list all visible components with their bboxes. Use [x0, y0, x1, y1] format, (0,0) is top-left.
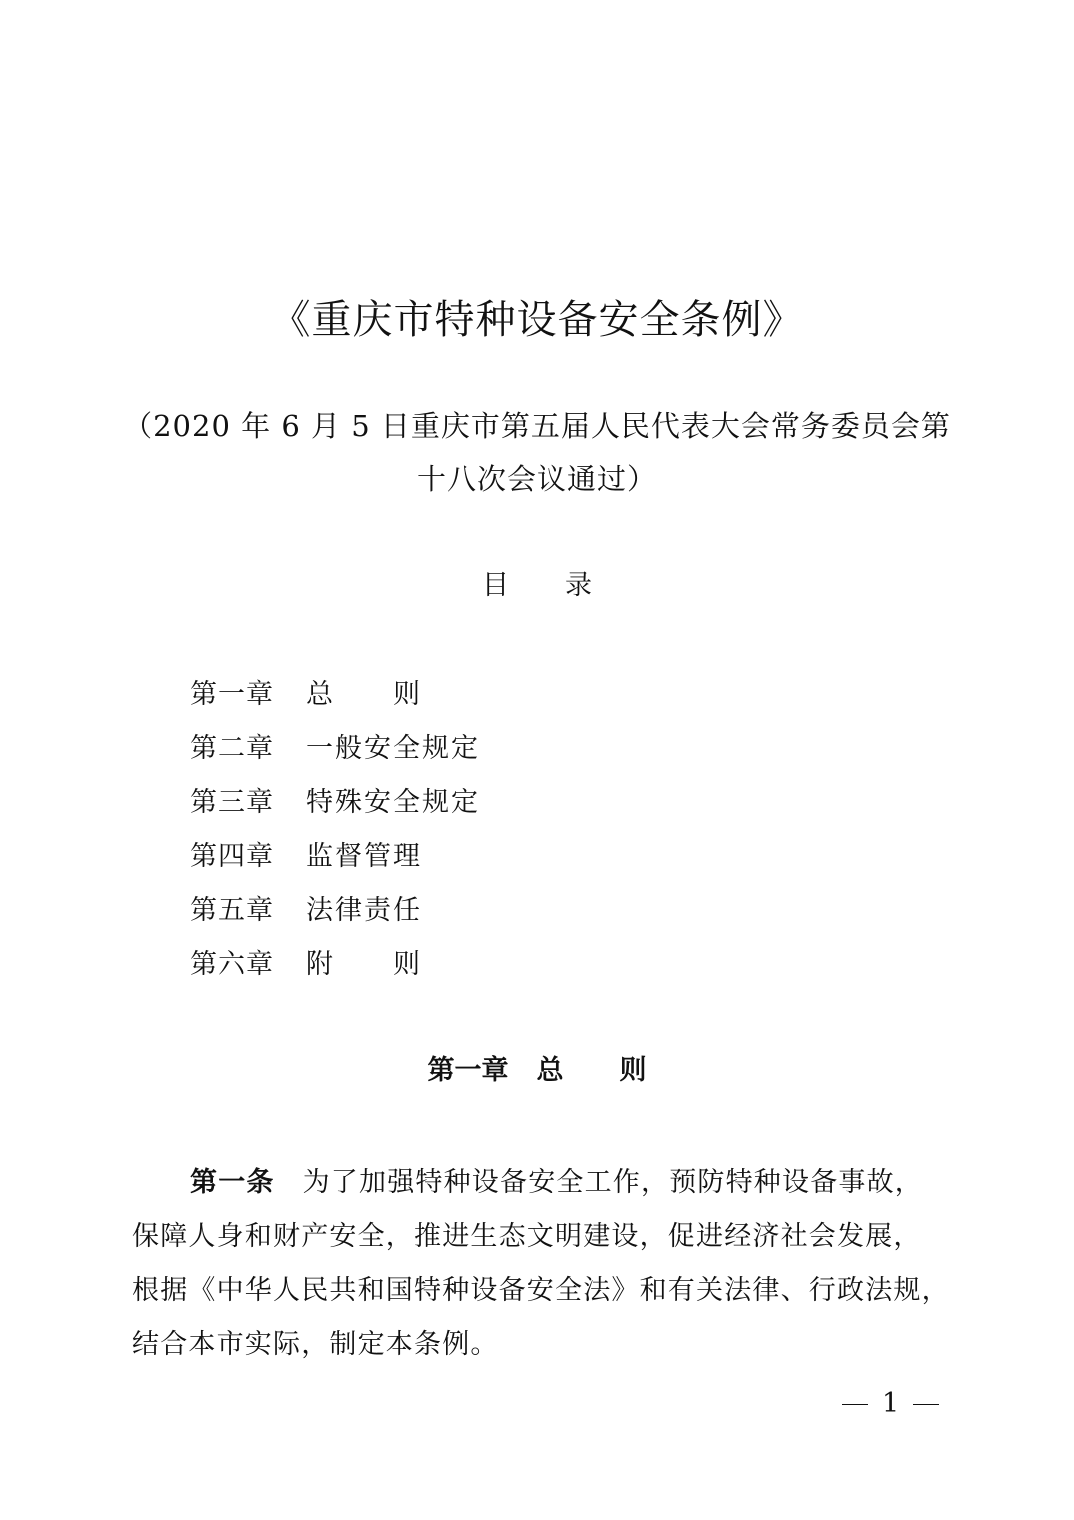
toc-item-number: 第四章 — [190, 836, 306, 890]
article-text: 为了加强特种设备安全工作，预防特种设备事故， — [303, 1167, 923, 1198]
toc-item: 第六章 附 则 — [190, 944, 480, 998]
toc-heading-left: 目 — [482, 566, 509, 606]
dash-left — [842, 1404, 868, 1406]
toc-item: 第四章 监督管理 — [190, 836, 480, 890]
article-line: 结合本市实际，制定本条例。 — [132, 1318, 942, 1372]
toc-heading: 目录 — [0, 566, 1074, 606]
toc-item-number: 第二章 — [190, 728, 306, 782]
article-line: 根据《中华人民共和国特种设备安全法》和有关法律、行政法规， — [132, 1264, 942, 1318]
adoption-note-line-2: 十八次会议通过） — [0, 457, 1074, 501]
chapter-number: 第一章 — [428, 1055, 509, 1086]
toc-item: 第三章 特殊安全规定 — [190, 782, 480, 836]
chapter-name-part2: 则 — [620, 1055, 647, 1086]
page-number: 1 — [828, 1386, 953, 1422]
toc-item-number: 第三章 — [190, 782, 306, 836]
toc-item-name: 特殊安全规定 — [306, 782, 480, 836]
toc-item-number: 第一章 — [190, 674, 306, 728]
article-paragraph: 第一条为了加强特种设备安全工作，预防特种设备事故， 保障人身和财产安全，推进生态… — [132, 1156, 942, 1372]
article-line: 第一条为了加强特种设备安全工作，预防特种设备事故， — [132, 1156, 942, 1210]
dash-right — [913, 1404, 939, 1406]
chapter-name-part1: 总 — [537, 1055, 564, 1086]
toc-item-name: 附 则 — [306, 944, 422, 998]
toc-item-name: 总 则 — [306, 674, 422, 728]
article-label: 第一条 — [190, 1167, 275, 1198]
toc-item-name: 法律责任 — [306, 890, 422, 944]
toc-item-name: 监督管理 — [306, 836, 422, 890]
chapter-heading: 第一章总则 — [0, 1050, 1074, 1092]
article-line: 保障人身和财产安全，推进生态文明建设，促进经济社会发展， — [132, 1210, 942, 1264]
toc-item-name: 一般安全规定 — [306, 728, 480, 782]
adoption-note-line-1: （2020 年 6 月 5 日重庆市第五届人民代表大会常务委员会第 — [0, 404, 1074, 448]
toc-heading-right: 录 — [565, 566, 592, 606]
table-of-contents: 第一章 总 则 第二章 一般安全规定 第三章 特殊安全规定 第四章 监督管理 第… — [190, 674, 480, 998]
toc-item-number: 第六章 — [190, 944, 306, 998]
document-title: 《重庆市特种设备安全条例》 — [0, 292, 1074, 348]
page-number-value: 1 — [882, 1388, 899, 1419]
toc-item: 第二章 一般安全规定 — [190, 728, 480, 782]
toc-item: 第五章 法律责任 — [190, 890, 480, 944]
toc-item-number: 第五章 — [190, 890, 306, 944]
toc-item: 第一章 总 则 — [190, 674, 480, 728]
